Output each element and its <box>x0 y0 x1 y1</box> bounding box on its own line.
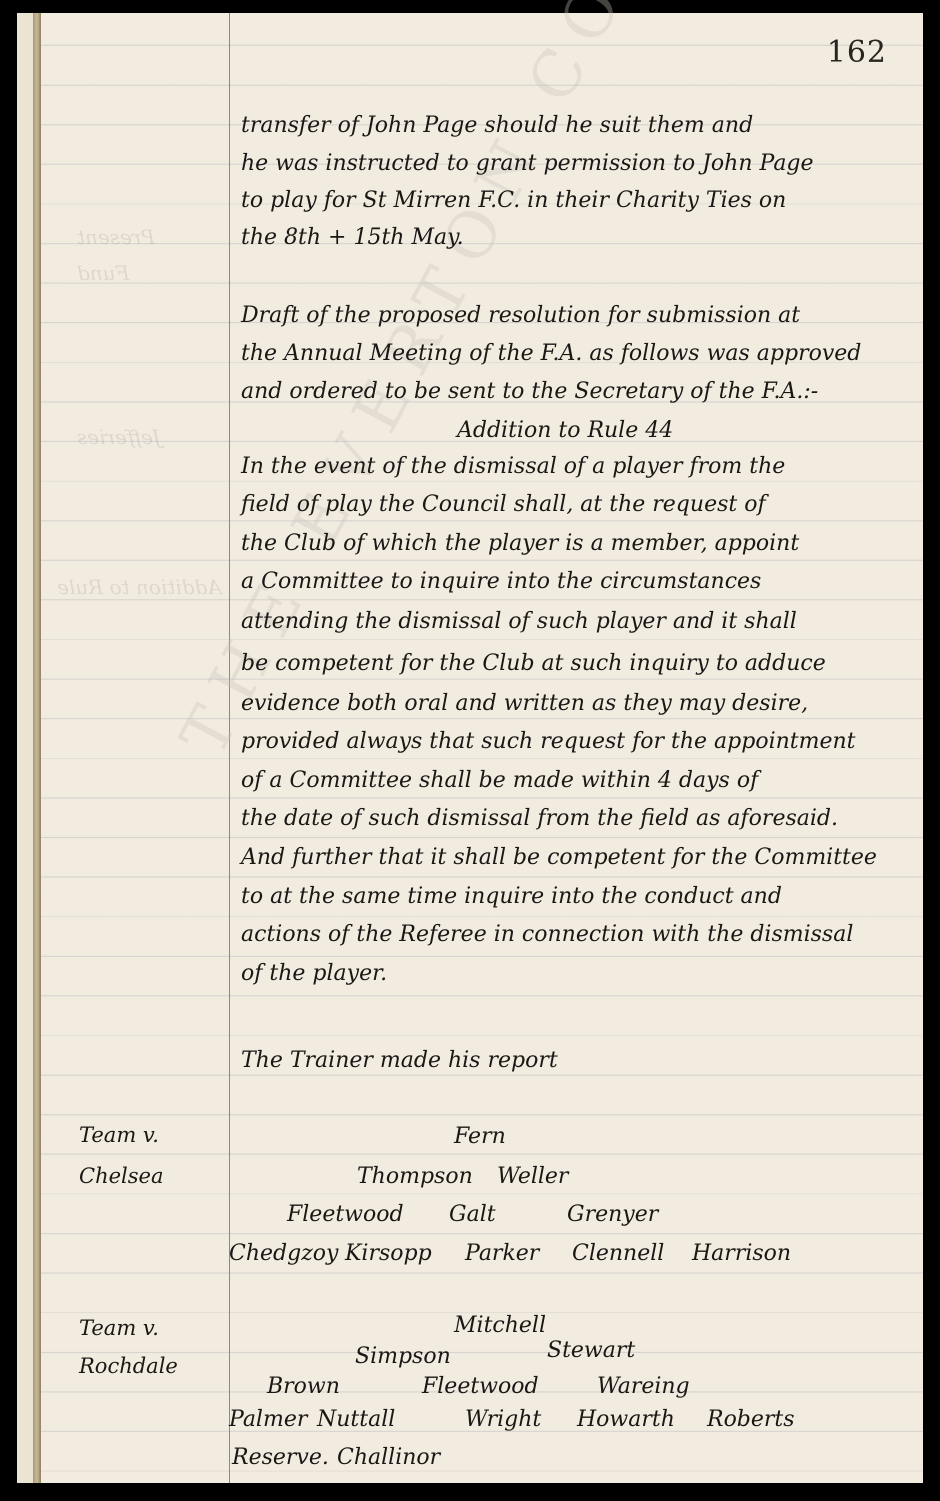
text-line: the Annual Meeting of the F.A. as follow… <box>241 343 861 365</box>
player-forward: Kirsopp <box>345 1243 432 1265</box>
text-line: of the player. <box>241 963 387 985</box>
player-forward: Howarth <box>577 1409 675 1431</box>
text-line: the Club of which the player is a member… <box>241 533 799 555</box>
page-edge <box>17 13 33 1483</box>
player-forward: Roberts <box>707 1409 795 1431</box>
text-line: the 8th + 15th May. <box>241 227 464 249</box>
text-line: And further that it shall be competent f… <box>241 847 877 869</box>
team-opponent: Chelsea <box>79 1166 163 1187</box>
text-line: In the event of the dismissal of a playe… <box>241 456 785 478</box>
ledger-page: THE EVERTON COLLECTION CHARITABLE TRUST … <box>17 13 923 1483</box>
player-forward: Harrison <box>692 1243 791 1265</box>
text-line: field of play the Council shall, at the … <box>241 494 766 516</box>
team-opponent: Rochdale <box>79 1356 178 1377</box>
player-half-back: Fleetwood <box>422 1376 539 1398</box>
page-number: 162 <box>827 35 887 70</box>
player-reserve: Challinor <box>337 1447 440 1469</box>
player-forward: Palmer <box>229 1409 307 1431</box>
player-goalkeeper: Mitchell <box>454 1315 546 1337</box>
player-forward: Nuttall <box>317 1409 395 1431</box>
text-line: he was instructed to grant permission to… <box>241 153 814 175</box>
text-line: to at the same time inquire into the con… <box>241 886 782 908</box>
binding-gutter <box>33 13 41 1483</box>
player-forward: Wright <box>465 1409 541 1431</box>
text-line: of a Committee shall be made within 4 da… <box>241 770 758 792</box>
ghost-text: Addition to Rule <box>57 575 222 599</box>
text-line: and ordered to be sent to the Secretary … <box>241 381 818 403</box>
text-line: to play for St Mirren F.C. in their Char… <box>241 190 786 212</box>
player-back: Weller <box>497 1166 568 1188</box>
reserve-label: Reserve. <box>232 1447 329 1469</box>
player-back: Thompson <box>357 1166 473 1188</box>
player-half-back: Grenyer <box>567 1204 658 1226</box>
team-label: Team v. <box>79 1125 159 1146</box>
player-back: Stewart <box>547 1340 635 1362</box>
ghost-text: Jefferies <box>77 425 161 449</box>
ghost-text: Present <box>77 225 155 249</box>
player-half-back: Fleetwood <box>287 1204 404 1226</box>
text-line: attending the dismissal of such player a… <box>241 611 797 633</box>
team-label: Team v. <box>79 1318 159 1339</box>
text-line: the date of such dismissal from the fiel… <box>241 808 838 830</box>
player-forward: Parker <box>465 1243 539 1265</box>
rule-heading: Addition to Rule 44 <box>457 420 673 442</box>
player-back: Simpson <box>355 1346 451 1368</box>
player-half-back: Brown <box>267 1376 340 1398</box>
text-line: actions of the Referee in connection wit… <box>241 924 853 946</box>
text-line: evidence both oral and written as they m… <box>241 693 808 715</box>
ghost-text: Fund <box>77 261 129 285</box>
text-line: provided always that such request for th… <box>241 731 856 753</box>
player-half-back: Wareing <box>597 1376 690 1398</box>
text-line: a Committee to inquire into the circumst… <box>241 571 761 593</box>
text-line: be competent for the Club at such inquir… <box>241 653 826 675</box>
text-line: Draft of the proposed resolution for sub… <box>241 305 800 327</box>
text-line: transfer of John Page should he suit the… <box>241 115 753 137</box>
trainer-report: The Trainer made his report <box>241 1050 558 1072</box>
player-goalkeeper: Fern <box>454 1126 506 1148</box>
player-forward: Clennell <box>572 1243 664 1265</box>
player-half-back: Galt <box>449 1204 496 1226</box>
player-forward: Chedgzoy <box>229 1243 338 1265</box>
